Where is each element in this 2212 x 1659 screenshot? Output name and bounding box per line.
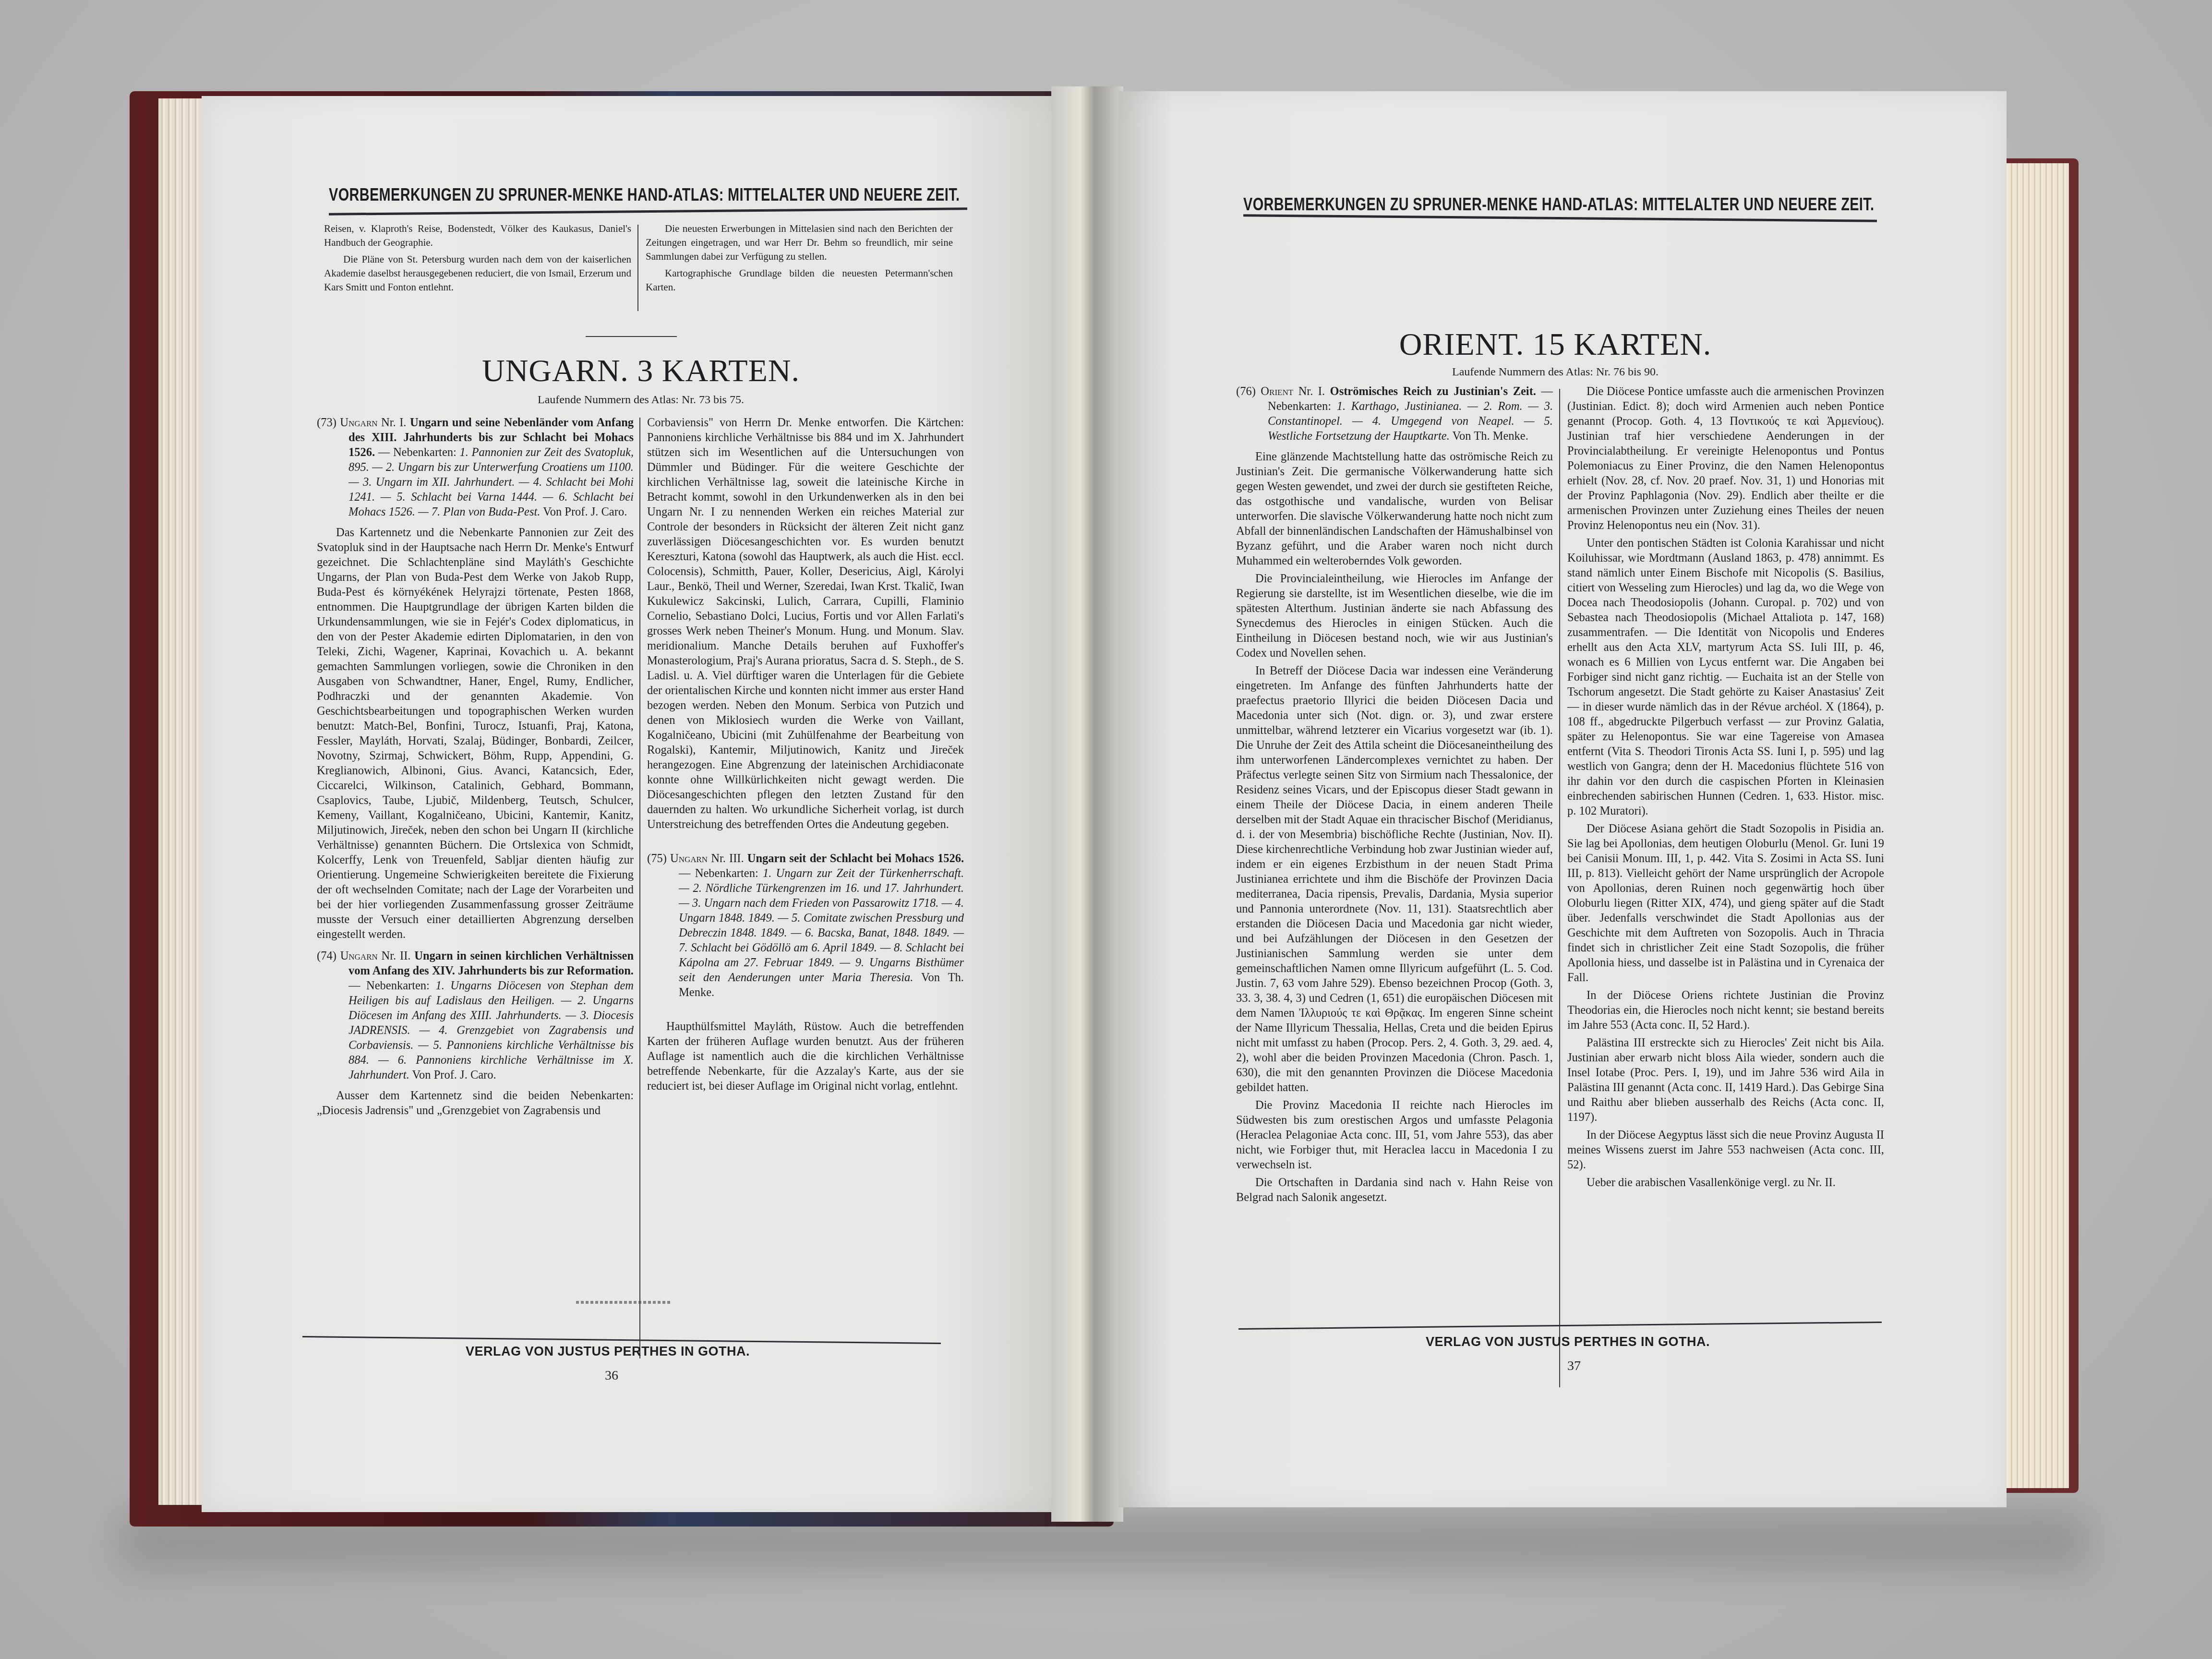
paragraph: Das Kartennetz und die Nebenkarte Pannon… <box>317 525 634 942</box>
paragraph: Reisen, v. Klaproth's Reise, Bodenstedt,… <box>324 222 631 250</box>
running-head: VORBEMERKUNGEN ZU SPRUNER-MENKE HAND-ATL… <box>329 185 960 205</box>
entry-author: Von Prof. J. Caro. <box>412 1069 496 1082</box>
paragraph: Haupthülfsmittel Mayláth, Rüstow. Auch d… <box>647 1019 964 1094</box>
entry-nr: Nr. I. <box>381 416 406 429</box>
entry-series: Ungarn <box>340 950 378 962</box>
page-number: 37 <box>1567 1358 1581 1374</box>
entry-series: Ungarn <box>670 852 708 865</box>
paragraph: Eine glänzende Machtstellung hatte das o… <box>1236 449 1553 568</box>
paragraph: In Betreff der Diöcese Dacia war indesse… <box>1236 663 1553 1095</box>
right-page: VORBEMERKUNGEN ZU SPRUNER-MENKE HAND-ATL… <box>1118 91 2007 1507</box>
entry-nr: Nr. I. <box>1298 385 1325 398</box>
intro-column-1: Reisen, v. Klaproth's Reise, Bodenstedt,… <box>324 222 631 297</box>
paragraph: Die Provincialeintheilung, wie Hierocles… <box>1236 571 1553 661</box>
paragraph: Corbaviensis" von Herrn Dr. Menke entwor… <box>647 415 964 832</box>
section-separator <box>586 336 677 337</box>
footer-rule <box>302 1336 941 1344</box>
entry-series: Ungarn <box>340 416 377 429</box>
map-entry-76: (76) Orient Nr. I. Oströmisches Reich zu… <box>1236 384 1553 444</box>
paragraph: Der Diöcese Asiana gehört die Stadt Sozo… <box>1567 821 1884 985</box>
page-edges-right <box>1997 163 2069 1488</box>
nebenkarten-list: 1. Ungarns Diöcesen von Stephan dem Heil… <box>349 979 634 1082</box>
entry-series: Orient <box>1261 385 1293 398</box>
map-entry-73: (73) Ungarn Nr. I. Ungarn und seine Nebe… <box>317 415 634 519</box>
section-subtitle: Laufende Nummern des Atlas: Nr. 76 bis 9… <box>1234 366 1877 379</box>
right-page-column-2: Die Diöcese Pontice umfasste auch die ar… <box>1567 384 1884 1193</box>
paragraph: Ausser dem Kartennetz sind die beiden Ne… <box>317 1088 634 1118</box>
nebenkarten-label: — Nebenkarten: <box>679 867 758 880</box>
paragraph: Die Ortschaften in Dardania sind nach v.… <box>1236 1175 1553 1205</box>
head-rule <box>1243 214 1877 222</box>
head-rule <box>329 207 967 216</box>
right-page-column-1: (76) Orient Nr. I. Oströmisches Reich zu… <box>1236 384 1553 1208</box>
paragraph: Kartographische Grundlage bilden die neu… <box>646 266 953 294</box>
running-head: VORBEMERKUNGEN ZU SPRUNER-MENKE HAND-ATL… <box>1243 194 1874 215</box>
left-page: VORBEMERKUNGEN ZU SPRUNER-MENKE HAND-ATL… <box>202 96 1061 1512</box>
paragraph: Die Provinz Macedonia II reichte nach Hi… <box>1236 1098 1553 1172</box>
entry-author: Von Th. Menke. <box>1452 430 1528 443</box>
book-gutter <box>1051 86 1123 1522</box>
paragraph: Die Pläne von St. Petersburg wurden nach… <box>324 252 631 294</box>
column-divider <box>1559 389 1560 1387</box>
left-page-column-1: (73) Ungarn Nr. I. Ungarn und seine Nebe… <box>317 415 634 1121</box>
map-entry-74: (74) Ungarn Nr. II. Ungarn in seinen kir… <box>317 949 634 1082</box>
nebenkarten-label: — Nebenkarten: <box>378 446 457 459</box>
column-divider <box>637 225 638 311</box>
paragraph: Die neuesten Erwerbungen in Mittelasien … <box>646 222 953 264</box>
entry-number: (75) <box>647 852 667 865</box>
column-divider <box>639 418 640 1358</box>
section-title: ORIENT. 15 KARTEN. <box>1234 326 1877 363</box>
paragraph: Unter den pontischen Städten ist Colonia… <box>1567 536 1884 818</box>
page-number: 36 <box>605 1368 618 1383</box>
section-title: UNGARN. 3 KARTEN. <box>322 353 960 389</box>
publisher-imprint: VERLAG VON JUSTUS PERTHES IN GOTHA. <box>466 1344 750 1359</box>
paragraph: In der Diöcese Aegyptus lässt sich die n… <box>1567 1128 1884 1172</box>
end-ornament <box>576 1301 672 1304</box>
entry-number: (74) <box>317 950 337 962</box>
paragraph: In der Diöcese Oriens richtete Justinian… <box>1567 988 1884 1033</box>
left-page-column-2: Corbaviensis" von Herrn Dr. Menke entwor… <box>647 415 964 1096</box>
footer-rule <box>1238 1322 1882 1330</box>
intro-column-2: Die neuesten Erwerbungen in Mittelasien … <box>646 222 953 297</box>
entry-title: Oströmisches Reich zu Justinian's Zeit. <box>1330 385 1536 398</box>
map-entry-75: (75) Ungarn Nr. III. Ungarn seit der Sch… <box>647 851 964 1000</box>
publisher-imprint: VERLAG VON JUSTUS PERTHES IN GOTHA. <box>1426 1334 1710 1349</box>
entry-title: Ungarn seit der Schlacht bei Mohacs 1526… <box>747 852 964 865</box>
entry-nr: Nr. III. <box>711 852 744 865</box>
entry-number: (73) <box>317 416 337 429</box>
paragraph: Die Diöcese Pontice umfasste auch die ar… <box>1567 384 1884 533</box>
nebenkarten-label: — Nebenkarten: <box>349 979 430 992</box>
entry-author: Von Prof. J. Caro. <box>543 505 627 518</box>
paragraph: Ueber die arabischen Vasallenkönige verg… <box>1567 1175 1884 1190</box>
entry-number: (76) <box>1236 385 1256 398</box>
entry-nr: Nr. II. <box>382 950 411 962</box>
paragraph: Palästina III erstreckte sich zu Hierocl… <box>1567 1035 1884 1125</box>
nebenkarten-list: 1. Ungarn zur Zeit der Türkenherrschaft.… <box>679 867 964 984</box>
section-subtitle: Laufende Nummern des Atlas: Nr. 73 bis 7… <box>322 394 960 407</box>
